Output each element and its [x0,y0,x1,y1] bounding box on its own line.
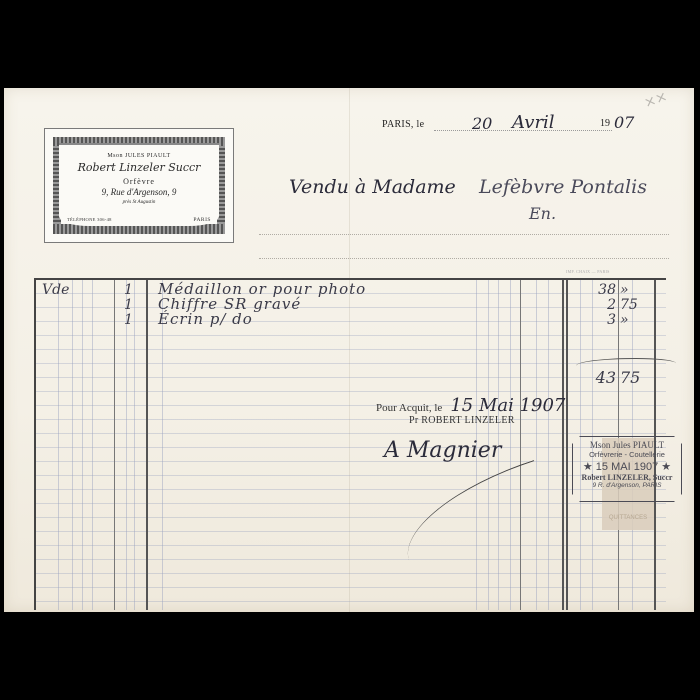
date-month: Avril [512,112,555,133]
row-2-cents: 75 [620,297,646,313]
address-rule-1 [259,234,669,235]
row-3-francs: 3 [578,312,616,328]
sold-to: Vendu à Madame Lefèbvre Pontalis En. [289,176,456,198]
column-rule [134,280,135,610]
column-rule [72,280,73,610]
horizontal-rules [36,280,666,610]
receipt-date: 15 Mai 1907 [450,395,565,416]
column-rule [536,280,537,610]
items-table: Vde 1 Médaillon or pour photo 38 » 1 Chi… [34,278,666,610]
cachet-date: ★ 15 MAI 1907 ★ [573,460,681,473]
column-rule [126,280,127,610]
trade-label: Orfèvre [59,177,219,186]
row-3-cents: » [620,312,646,328]
column-rule [58,280,59,610]
column-rule [92,280,93,610]
letterhead-vignette: Mson JULES PIAULT Robert Linzeler Succr … [44,128,234,243]
cachet-line-1: Mson Jules PIAULT [573,440,681,450]
receipt-by: Pr ROBERT LINZELER [409,415,515,426]
row-2-francs: 2 [578,297,616,313]
cachet-line-5: 9 R. d'Argenson, PARIS [573,482,681,489]
column-rule [162,280,163,610]
company-name: Robert Linzeler Succr [59,161,219,174]
row-3-qty: 1 [124,312,133,328]
address-rule-2 [259,258,669,259]
row-1-qty: 1 [124,282,133,298]
dateline-label: PARIS, le [382,119,424,130]
invoice-sheet: Mson JULES PIAULT Robert Linzeler Succr … [4,88,694,612]
row-1-cents: » [620,282,646,298]
date-day: 20 [472,114,492,133]
company-address: 9, Rue d'Argenson, 9 [59,187,219,197]
cachet-line-4: Robert LINZELER, Succr [573,473,681,482]
predecessor-name: Mson JULES PIAULT [59,153,219,159]
revenue-stamp-text: QUITTANCES [604,515,652,521]
column-rule [82,280,83,610]
signature: A Magnier [384,438,501,463]
column-rule [146,280,148,610]
address-note: près St Augustin [59,200,219,205]
company-cachet: Mson Jules PIAULT Orfèvrerie - Couteller… [572,436,682,502]
total-francs: 43 [578,368,616,387]
row-2-qty: 1 [124,297,133,313]
date-year-suffix: 07 [614,113,634,132]
printer-mark: IMP. CHAIX — PARIS [566,269,610,274]
sold-to-label: Vendu à Madame [289,176,456,198]
letterhead-city: PARIS [193,217,211,223]
receipt-acknowledgment: Pour Acquit, le 15 Mai 1907 Pr ROBERT LI… [376,395,565,416]
column-rule [548,280,549,610]
dateline: PARIS, le 20 Avril 19 07 [382,116,642,132]
pencil-mark: ×× [642,88,670,111]
customer-continuation: En. [529,204,556,223]
column-rule [562,280,564,610]
row-3-description: Écrin p/ do [158,310,253,328]
cachet-line-2: Orfèvrerie - Coutellerie [573,450,681,459]
letterhead-panel: Mson JULES PIAULT Robert Linzeler Succr … [59,143,219,226]
sale-reference: Vde [42,282,69,298]
telephone-number: TÉLÉPHONE 306-48 [67,217,112,222]
receipt-label: Pour Acquit, le [376,402,442,414]
column-rule [510,280,511,610]
row-1-francs: 38 [578,282,616,298]
total-cents: 75 [620,368,646,387]
customer-name: Lefèbvre Pontalis [479,176,647,198]
column-rule [520,280,521,610]
column-rule [114,280,115,610]
date-year-prefix: 19 [600,118,610,129]
column-rule [566,280,568,610]
